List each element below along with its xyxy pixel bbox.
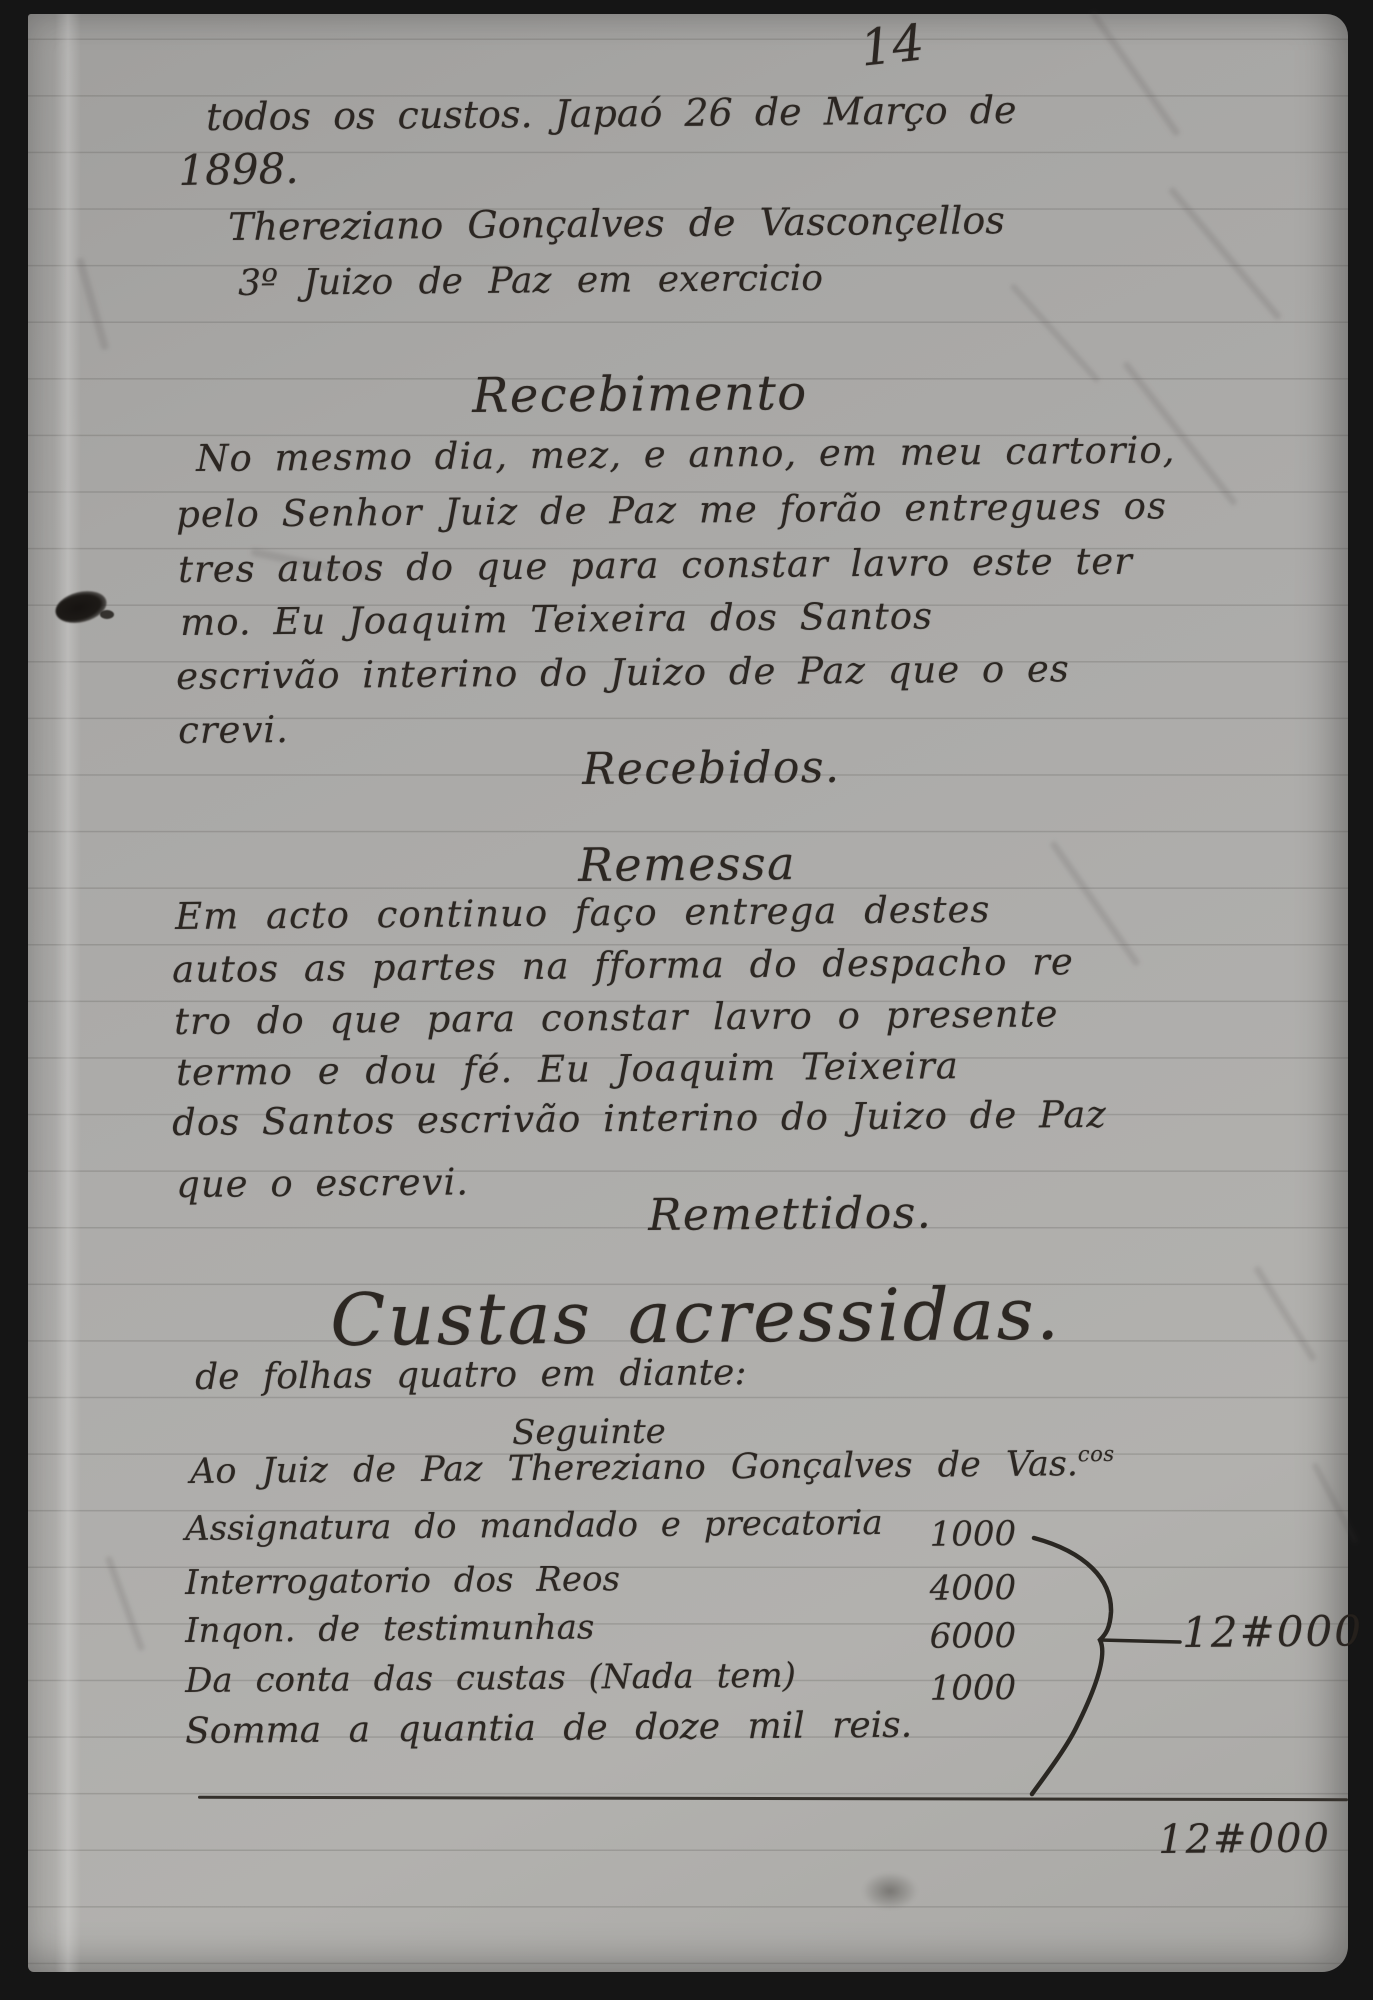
remessa-line: que o escrevi. [176,1163,469,1203]
custas-payee-text: Ao Juiz de Paz Thereziano Gonçalves de V… [190,1444,1078,1492]
remessa-line: tro do que para constar lavro o presente [174,995,1059,1040]
fee-amount: 4000 [896,1571,1016,1606]
fee-label: Interrogatorio dos Reos [185,1562,620,1600]
carried-total: 12#000 [1158,1818,1331,1860]
signatory-title: 3º Juizo de Paz em exercicio [238,261,823,302]
recebimento-line: escrivão interino do Juizo de Paz que o … [176,650,1070,695]
custas-title: Custas acressidas. [330,1278,1062,1356]
fee-label: Da conta das custas (Nada tem) [185,1659,796,1698]
year-line: 1898. [178,148,299,192]
remettidos-heading: Remettidos. [648,1192,932,1238]
page-fold-highlight [55,14,81,1972]
recebimento-line: pelo Senhor Juiz de Paz me forão entregu… [176,487,1167,533]
signatory-name: Thereziano Gonçalves de Vasconçellos [228,201,1005,246]
fee-label: Inqon. de testimunhas [185,1610,594,1648]
custas-subtitle: de folhas quatro em diante: [195,1355,747,1396]
bracket-total: 12#000 [1182,1610,1363,1654]
recebimento-line: mo. Eu Joaquim Teixeira dos Santos [180,597,933,641]
fee-amount: 6000 [896,1619,1016,1654]
fee-amount: 1000 [896,1517,1016,1552]
custas-payee-line: Ao Juiz de Paz Thereziano Gonçalves de V… [190,1444,1115,1490]
remessa-heading: Remessa [578,840,796,888]
recebimento-heading: Recebimento [472,369,808,420]
fee-brace-icon [1028,1532,1188,1802]
manuscript-page-scan: 14 todos os custos. Japaó 26 de Março de… [0,0,1373,2000]
opening-line: todos os custos. Japaó 26 de Março de [206,91,1017,136]
remessa-line: dos Santos escrivão interino do Juizo de… [172,1096,1107,1141]
custas-subheading: Seguinte [512,1415,666,1450]
custas-payee-superscript: cos [1078,1442,1115,1466]
sum-line: Somma a quantia de doze mil reis. [185,1708,912,1750]
recebidos-heading: Recebidos. [582,746,841,792]
ink-blot-dot [100,610,114,619]
folio-number: 14 [858,17,927,73]
recebimento-line: crevi. [178,711,289,749]
fee-amount: 1000 [896,1671,1016,1706]
remessa-line: termo e dou fé. Eu Joaquim Teixeira [176,1047,959,1091]
fee-label: Assignatura do mandado e precatoria [185,1506,883,1546]
recebimento-line: tres autos do que para constar lavro est… [178,543,1133,588]
paper-stain [862,1872,918,1910]
remessa-line: autos as partes na fforma do despacho re [172,943,1074,988]
recebimento-line: No mesmo dia, mez, e anno, em meu cartor… [196,431,1176,477]
remessa-line: Em acto continuo faço entrega destes [175,891,991,935]
